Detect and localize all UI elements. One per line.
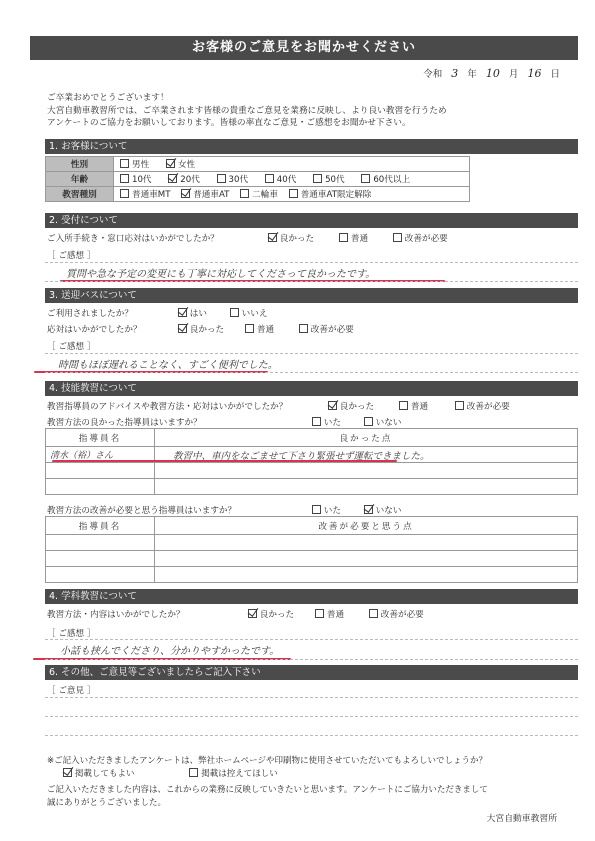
section-3-header: 3. 送迎バスについて bbox=[45, 288, 578, 303]
option-motorcycle[interactable]: 二輪車 bbox=[240, 188, 278, 200]
option-label: 普通 bbox=[351, 234, 368, 244]
option-60s-plus[interactable]: 60代以上 bbox=[361, 173, 410, 185]
option-10s[interactable]: 10代 bbox=[120, 173, 152, 185]
option-label: 改善が必要 bbox=[467, 402, 510, 412]
option-label: 普通車MT bbox=[132, 190, 170, 200]
option-label: 掲載してもよい bbox=[75, 769, 135, 779]
option-20s[interactable]: 20代 bbox=[168, 173, 200, 185]
date-year[interactable]: 3 bbox=[451, 67, 458, 80]
date-day[interactable]: 16 bbox=[527, 67, 541, 80]
course-type-label: 教習種別 bbox=[46, 187, 114, 202]
date-month-unit: 月 bbox=[509, 69, 519, 80]
section-2-header: 2. 受付について bbox=[45, 213, 578, 228]
option-label: はい bbox=[190, 309, 207, 319]
option-label: 普通 bbox=[257, 325, 274, 335]
gender-options: 男性 女性 bbox=[114, 157, 470, 172]
comment-line[interactable] bbox=[45, 697, 578, 698]
gender-label: 性別 bbox=[46, 157, 114, 172]
age-options: 10代 20代 30代 40代 50代 60代以上 bbox=[114, 172, 470, 187]
course-type-options: 普通車MT 普通車AT 二輪車 普通車AT限定解除 bbox=[114, 187, 470, 202]
option-needs-improvement[interactable]: 改善が必要 bbox=[369, 608, 424, 620]
option-30s[interactable]: 30代 bbox=[217, 173, 249, 185]
option-yes[interactable]: いた bbox=[312, 504, 341, 516]
option-no[interactable]: いいえ bbox=[230, 307, 268, 319]
age-row: 年齢 10代 20代 30代 40代 50代 60代以上 bbox=[46, 172, 470, 187]
divider bbox=[45, 353, 578, 354]
customer-info-table: 性別 男性 女性 年齢 10代 20代 30代 40代 50代 60代以上 教習… bbox=[45, 156, 470, 202]
thanks-line: 誠にありがとうございました。 bbox=[47, 797, 488, 810]
practical-question-row: 教習指導員のアドバイスや教習方法・応対はいかがでしたか？ 良かった 普通 改善が… bbox=[47, 400, 524, 412]
option-needs-improvement[interactable]: 改善が必要 bbox=[393, 232, 448, 244]
option-normal[interactable]: 普通 bbox=[339, 232, 368, 244]
option-40s[interactable]: 40代 bbox=[265, 173, 297, 185]
date-month[interactable]: 10 bbox=[486, 67, 500, 80]
question-text: ご利用されましたか？ bbox=[47, 307, 175, 319]
comment-label: ［ ご感想 ］ bbox=[47, 340, 95, 352]
improve-instructor-question-row: 教習方法の改善が必要と思う指導員はいますか？ いた いない bbox=[47, 504, 415, 516]
improve-point-cell[interactable] bbox=[155, 551, 578, 567]
table-row bbox=[46, 463, 578, 479]
publish-options: 掲載してもよい 掲載は控えてほしい bbox=[47, 768, 487, 781]
table-row bbox=[46, 479, 578, 495]
section-5-header: 4. 学科教習について bbox=[45, 589, 578, 604]
question-text: 応対はいかがでしたか？ bbox=[47, 323, 175, 335]
option-label: 改善が必要 bbox=[311, 325, 354, 335]
option-needs-improvement[interactable]: 改善が必要 bbox=[299, 323, 354, 335]
divider bbox=[45, 281, 578, 282]
option-label: 60代以上 bbox=[373, 175, 410, 185]
option-yes[interactable]: はい bbox=[178, 307, 207, 319]
table-row bbox=[46, 567, 578, 583]
date: 令和 3 年 10 月 16 日 bbox=[423, 66, 560, 80]
page-title: お客様のご意見をお聞かせください bbox=[30, 36, 578, 60]
divider bbox=[45, 262, 578, 263]
section-4-header: 4. 技能教習について bbox=[45, 381, 578, 396]
age-label: 年齢 bbox=[46, 172, 114, 187]
option-label: いいえ bbox=[242, 309, 268, 319]
option-normal[interactable]: 普通 bbox=[245, 323, 274, 335]
thanks-text: ご記入いただきました内容は、これからの業務に反映していきたいと思います。アンケー… bbox=[47, 784, 488, 810]
bus-used-row: ご利用されましたか？ はい いいえ bbox=[47, 307, 281, 319]
option-label: 女性 bbox=[178, 160, 195, 170]
option-label: 良かった bbox=[260, 610, 294, 620]
checkbox-icon[interactable] bbox=[312, 505, 321, 514]
divider bbox=[45, 372, 578, 373]
red-underline bbox=[52, 460, 397, 462]
comment-label: ［ ご意見 ］ bbox=[47, 684, 95, 696]
checkbox-checked-icon[interactable] bbox=[268, 233, 277, 242]
divider bbox=[45, 639, 578, 640]
thanks-line: ご記入いただきました内容は、これからの業務に反映していきたいと思います。アンケー… bbox=[47, 784, 488, 797]
option-needs-improvement[interactable]: 改善が必要 bbox=[455, 400, 510, 412]
instructor-name-cell[interactable] bbox=[46, 463, 155, 479]
checkbox-icon[interactable] bbox=[315, 609, 324, 618]
instructor-name-cell[interactable] bbox=[46, 551, 155, 567]
column-header: 指導員名 bbox=[46, 517, 155, 535]
option-label: 普通車AT限定解除 bbox=[301, 190, 372, 200]
option-label: 20代 bbox=[180, 175, 200, 185]
date-day-unit: 日 bbox=[550, 69, 560, 80]
question-text: 教習方法の改善が必要と思う指導員はいますか？ bbox=[47, 504, 309, 516]
option-label: 10代 bbox=[132, 175, 152, 185]
checkbox-icon[interactable] bbox=[312, 417, 321, 426]
option-label: 掲載は控えてほしい bbox=[201, 769, 278, 779]
intro-line: 大宮自動車教習所では、ご卒業されます皆様の貴重なご意見を業務に反映し、より良い教… bbox=[47, 105, 447, 118]
checkbox-icon[interactable] bbox=[240, 189, 249, 198]
reception-question-row: ご入所手続き・窓口応対はいかがでしたか？ 良かった 普通 改善が必要 bbox=[47, 232, 462, 244]
option-mt[interactable]: 普通車MT bbox=[120, 188, 170, 200]
option-no[interactable]: いない bbox=[364, 504, 402, 516]
option-label: いた bbox=[324, 506, 341, 516]
table-header: 指導員名 改善が必要と思う点 bbox=[46, 517, 578, 535]
comment-line[interactable] bbox=[45, 716, 578, 717]
instructor-name-cell[interactable] bbox=[46, 479, 155, 495]
option-at-limit-removal[interactable]: 普通車AT限定解除 bbox=[289, 188, 372, 200]
option-label: 40代 bbox=[277, 175, 297, 185]
comment-label: ［ ご感想 ］ bbox=[47, 249, 95, 261]
checkbox-icon[interactable] bbox=[369, 609, 378, 618]
option-label: 普通車AT bbox=[193, 190, 229, 200]
checkbox-checked-icon[interactable] bbox=[248, 609, 257, 618]
gender-row: 性別 男性 女性 bbox=[46, 157, 470, 172]
column-header: 良かった点 bbox=[155, 429, 578, 447]
option-publish-decline[interactable]: 掲載は控えてほしい bbox=[189, 768, 278, 781]
option-yes[interactable]: いた bbox=[312, 416, 341, 428]
checkbox-icon[interactable] bbox=[230, 308, 239, 317]
table-row bbox=[46, 535, 578, 551]
comment-label: ［ ご感想 ］ bbox=[47, 627, 95, 639]
divider bbox=[45, 659, 578, 660]
good-instructor-question-row: 教習方法の良かった指導員はいますか？ いた いない bbox=[47, 416, 415, 428]
option-male[interactable]: 男性 bbox=[120, 158, 149, 170]
table-header: 指導員名 良かった点 bbox=[46, 429, 578, 447]
checkbox-checked-icon[interactable] bbox=[168, 174, 177, 183]
option-label: 良かった bbox=[340, 402, 374, 412]
checkbox-checked-icon[interactable] bbox=[63, 768, 72, 777]
checkbox-icon[interactable] bbox=[120, 159, 129, 168]
checkbox-icon[interactable] bbox=[120, 174, 129, 183]
intro-line: アンケートのご協力をお願いしております。皆様の率直なご意見・ご感想をお聞かせ下さ… bbox=[47, 117, 447, 130]
intro-text: ご卒業おめでとうございます！ 大宮自動車教習所では、ご卒業されます皆様の貴重なご… bbox=[47, 92, 447, 130]
checkbox-checked-icon[interactable] bbox=[181, 189, 190, 198]
improve-point-cell[interactable] bbox=[155, 535, 578, 551]
date-era: 令和 bbox=[423, 69, 442, 80]
option-label: 男性 bbox=[132, 160, 149, 170]
section-6-header: 6. その他、ご意見等ございましたらご記入下さい bbox=[45, 665, 578, 680]
option-label: 二輪車 bbox=[252, 190, 278, 200]
option-normal[interactable]: 普通 bbox=[399, 400, 428, 412]
checkbox-icon[interactable] bbox=[289, 189, 298, 198]
checkbox-icon[interactable] bbox=[217, 174, 226, 183]
option-label: いない bbox=[376, 506, 402, 516]
option-label: 普通 bbox=[411, 402, 428, 412]
checkbox-icon[interactable] bbox=[189, 768, 198, 777]
improve-point-cell[interactable] bbox=[155, 567, 578, 583]
column-header: 指導員名 bbox=[46, 429, 155, 447]
comment-line[interactable] bbox=[45, 735, 578, 736]
checkbox-icon[interactable] bbox=[313, 174, 322, 183]
checkbox-icon[interactable] bbox=[361, 174, 370, 183]
classroom-question-row: 教習方法・内容はいかがでしたか？ 良かった 普通 改善が必要 bbox=[47, 608, 438, 620]
option-female[interactable]: 女性 bbox=[166, 158, 195, 170]
checkbox-icon[interactable] bbox=[339, 233, 348, 242]
good-point-cell[interactable] bbox=[155, 463, 578, 479]
instructor-name-cell[interactable] bbox=[46, 535, 155, 551]
checkbox-icon[interactable] bbox=[120, 189, 129, 198]
checkbox-icon[interactable] bbox=[245, 324, 254, 333]
option-label: 30代 bbox=[229, 175, 249, 185]
checkbox-checked-icon[interactable] bbox=[178, 324, 187, 333]
option-no[interactable]: いない bbox=[364, 416, 402, 428]
improve-instructor-table: 指導員名 改善が必要と思う点 bbox=[45, 516, 578, 583]
checkbox-icon[interactable] bbox=[399, 401, 408, 410]
checkbox-checked-icon[interactable] bbox=[328, 401, 337, 410]
option-good[interactable]: 良かった bbox=[268, 232, 314, 244]
checkbox-icon[interactable] bbox=[455, 401, 464, 410]
date-year-unit: 年 bbox=[467, 69, 477, 80]
option-at[interactable]: 普通車AT bbox=[181, 188, 229, 200]
option-50s[interactable]: 50代 bbox=[313, 173, 345, 185]
option-good[interactable]: 良かった bbox=[178, 323, 224, 335]
checkbox-checked-icon[interactable] bbox=[166, 159, 175, 168]
option-label: 良かった bbox=[280, 234, 314, 244]
option-label: 良かった bbox=[190, 325, 224, 335]
checkbox-checked-icon[interactable] bbox=[178, 308, 187, 317]
option-publish-ok[interactable]: 掲載してもよい bbox=[63, 768, 135, 781]
option-good[interactable]: 良かった bbox=[248, 608, 294, 620]
publish-consent: ※ご記入いただきましたアンケートは、弊社ホームページや印刷物に使用させていただい… bbox=[47, 755, 487, 781]
option-label: 改善が必要 bbox=[405, 234, 448, 244]
question-text: 教習指導員のアドバイスや教習方法・応対はいかがでしたか？ bbox=[47, 400, 325, 412]
checkbox-checked-icon[interactable] bbox=[364, 505, 373, 514]
bus-service-row: 応対はいかがでしたか？ 良かった 普通 改善が必要 bbox=[47, 323, 368, 335]
publish-note: ※ご記入いただきましたアンケートは、弊社ホームページや印刷物に使用させていただい… bbox=[47, 755, 487, 768]
signature: 大宮自動車教習所 bbox=[487, 811, 557, 824]
option-label: 50代 bbox=[325, 175, 345, 185]
good-point-cell[interactable] bbox=[155, 479, 578, 495]
question-text: 教習方法の良かった指導員はいますか？ bbox=[47, 416, 309, 428]
question-text: ご入所手続き・窓口応対はいかがでしたか？ bbox=[47, 232, 265, 244]
column-header: 改善が必要と思う点 bbox=[155, 517, 578, 535]
intro-line: ご卒業おめでとうございます！ bbox=[47, 92, 447, 105]
checkbox-icon[interactable] bbox=[299, 324, 308, 333]
classroom-comment[interactable]: 小話も挟んでくださり、分かりやすかったです。 bbox=[60, 642, 279, 657]
course-type-row: 教習種別 普通車MT 普通車AT 二輪車 普通車AT限定解除 bbox=[46, 187, 470, 202]
option-label: 普通 bbox=[327, 610, 344, 620]
option-label: 改善が必要 bbox=[381, 610, 424, 620]
bus-comment[interactable]: 時間もほぼ遅れることなく、すごく便利でした。 bbox=[58, 356, 278, 371]
checkbox-icon[interactable] bbox=[393, 233, 402, 242]
option-good[interactable]: 良かった bbox=[328, 400, 374, 412]
checkbox-icon[interactable] bbox=[265, 174, 274, 183]
section-1-header: 1. お客様について bbox=[45, 139, 578, 154]
question-text: 教習方法・内容はいかがでしたか？ bbox=[47, 608, 245, 620]
option-label: いた bbox=[324, 418, 341, 428]
option-label: いない bbox=[376, 418, 402, 428]
table-row bbox=[46, 551, 578, 567]
reception-comment[interactable]: 質問や急な予定の変更にも丁寧に対応してくださって良かったです。 bbox=[66, 265, 375, 280]
option-normal[interactable]: 普通 bbox=[315, 608, 344, 620]
instructor-name-cell[interactable] bbox=[46, 567, 155, 583]
checkbox-icon[interactable] bbox=[364, 417, 373, 426]
